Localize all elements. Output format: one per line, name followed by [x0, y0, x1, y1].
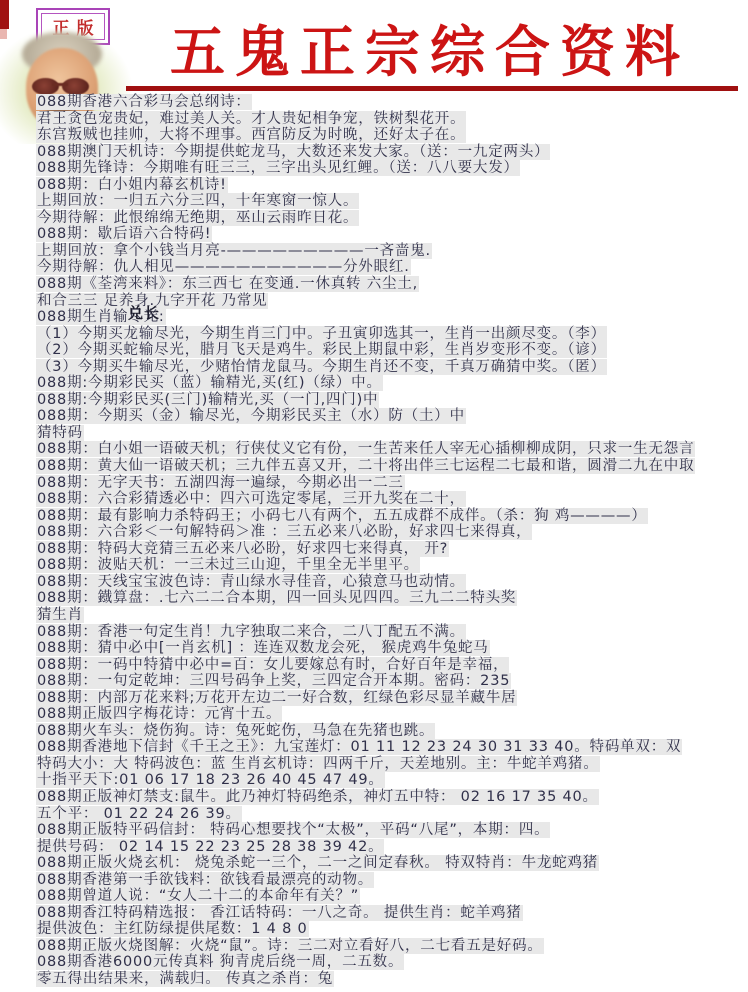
- text-line: 提供波色：主红防绿提供尾数：1 4 8 0: [0, 921, 748, 938]
- text-line: 088期香港六合彩马会总纲诗：: [0, 94, 748, 111]
- content-lines: 088期香港六合彩马会总纲诗：君王贪色宠贵妃，难过美人关。才人贵妃相争宠，铁树梨…: [0, 94, 748, 988]
- text-line: 088期正版火烧图解：火烧“鼠”。诗：三二对立看好八，二七看五是好码。: [0, 938, 748, 955]
- text-line: 088期：一句定乾坤：三四号码争上奖，三四定合开本期。密码：235: [0, 673, 748, 690]
- text-line: 088期正版火烧玄机： 烧兔杀蛇一三个，二一之间定春秋。 特双特肖：牛龙蛇鸡猪: [0, 855, 748, 872]
- text-line: 088期正版神灯禁支:鼠牛。此乃神灯特码绝杀，神灯五中特： 02 16 17 3…: [0, 789, 748, 806]
- text-line: 零五得出结果来，满载归。 传真之杀肖：兔: [0, 971, 748, 988]
- text-line: 088期澳门天机诗：今期提供蛇龙马，大数还来发大家。（送：一九定两头）: [0, 144, 748, 161]
- text-line: 088期：一码中特猜中必中=百：女儿要嫁总有时，合好百年是幸福，: [0, 657, 748, 674]
- text-line: 088期:今期彩民买（蓝）输精光,买(红)（绿）中。: [0, 375, 748, 392]
- title-underline: [126, 86, 738, 91]
- sunglasses-right-lens: [62, 78, 89, 95]
- text-line: 088期正版四字梅花诗：元宵十五。: [0, 706, 748, 723]
- text-line: 君王贪色宠贵妃，难过美人关。才人贵妃相争宠，铁树梨花开。: [0, 111, 748, 128]
- sunglasses-left-lens: [32, 78, 59, 95]
- text-line: 088期香港6000元传真料 狗青虎后绕一周，二五数。: [0, 954, 748, 971]
- text-line: 088期火车头：烧伤狗。诗：兔死蛇伤，马急在先猪也跳。: [0, 723, 748, 740]
- text-line: 088期：波贴天机：一三未过三山迎，千里全无半里平。: [0, 557, 748, 574]
- text-line: 088期：白小姐内幕玄机诗!: [0, 177, 748, 194]
- corner-mark: [0, 0, 9, 29]
- sunglasses-bridge: [52, 83, 68, 86]
- text-line: 上期回放：拿个小钱当月亮-—————————一吝啬鬼.: [0, 243, 748, 260]
- text-line: 十指平天下:01 06 17 18 23 26 40 45 47 49。: [0, 772, 748, 789]
- text-line: 今期待解：仇人相见———————————分外眼红.: [0, 259, 748, 276]
- text-line: 088期香港第一手欲钱料：欲钱看最漂亮的动物。: [0, 872, 748, 889]
- text-line: 特码大小：大 特码波色：蓝 生肖玄机诗：四两千斤，天差地别。主：牛蛇羊鸡猪。: [0, 756, 748, 773]
- text-line: 和合三三 足养身.九字开花 乃常见: [0, 293, 748, 310]
- text-line: 088期：今期买（金）输尽光，今期彩民买主（水）防（土）中: [0, 408, 748, 425]
- text-line: 088期:今期彩民买(三门)输精光,买（一门,四门)中: [0, 392, 748, 409]
- text-line: 088期生肖输尽光:: [0, 309, 748, 326]
- text-line: 088期：六合彩猜透必中：四六可选定零尾，三开九奖在二十，: [0, 491, 748, 508]
- text-line: 东宫叛贼也挂帅，大将不理事。西宫防反为时晚，还好太子在。: [0, 127, 748, 144]
- text-line: 088期：白小姐一语破天机；行侠仗义它有份，一生苦来任人宰无心插柳柳成阴，只求一…: [0, 441, 748, 458]
- text-line: 今期待解：此恨绵绵无绝期，巫山云雨昨日花。: [0, 210, 748, 227]
- text-line: （2）今期买蛇输尽光，腊月飞天是鸡牛。彩民上期鼠中彩，生肖岁变形不变。（谚）: [0, 342, 748, 359]
- page-title: 五鬼正宗综合资料: [118, 20, 742, 84]
- text-line: （3）今期买牛输尽光，少赌怡情龙鼠马。今期生肖还不变，千真万确猜中奖。（匿）: [0, 359, 748, 376]
- text-line: 088期：黄大仙一语破天机；三九伴五喜又开，二十将出伴三七运程二七最和谐，圆滑二…: [0, 458, 748, 475]
- text-line: 088期：猜中必中[一肖玄机] ：连连双数龙会死， 猴虎鸡牛兔蛇马: [0, 640, 748, 657]
- text-line: 088期：六合彩＜一句解特码＞准 ：三五必来八必盼，好求四七来得真，: [0, 524, 748, 541]
- text-line: 提供号码： 02 14 15 22 23 25 28 38 39 42。: [0, 839, 748, 856]
- text-line: 088期：最有影响力杀特码王；小码七八有两个，五五成群不成伴。（杀：狗 鸡———…: [0, 508, 748, 525]
- ghost-text-artifact: 兑长: [128, 302, 160, 323]
- text-line: 088期曾道人说：“女人二十二的本命年有关？”: [0, 888, 748, 905]
- text-line: 088期香江特码精选报： 香江话特码：一八之奇。 提供生肖：蛇羊鸡猪: [0, 905, 748, 922]
- text-line: 088期：鐡算盘：.七六二二合本期，四一回头见四四。三九二二特头奖: [0, 590, 748, 607]
- text-line: 088期香港地下信封《千王之王》：九宝莲灯：01 11 12 23 24 30 …: [0, 739, 748, 756]
- text-line: 猜特码: [0, 425, 748, 442]
- text-line: 088期《荃湾来料》：东三西七 在变通.一休真转 六尘土,: [0, 276, 748, 293]
- text-line: 猜生肖: [0, 607, 748, 624]
- text-line: 088期：无字天书：五湖四海一遍绿，今期必出一二三: [0, 475, 748, 492]
- text-line: 088期：歇后语六合特码!: [0, 226, 748, 243]
- text-line: 088期先锋诗：今期唯有旺三三，三字出头见红鲤。（送：八八要大发）: [0, 160, 748, 177]
- text-line: 088期：天线宝宝波色诗：青山绿水寻佳音，心猿意马也动情。: [0, 574, 748, 591]
- text-line: 088期：香港一句定生肖！九字独取二来合，二八丁配五不满。: [0, 624, 748, 641]
- text-line: 088期正版特平码信封： 特码心想要找个“太极”，平码“八尾”，本期：四。: [0, 822, 748, 839]
- text-line: （1）今期买龙输尽光，今期生肖三门中。子丑寅卯选其一，生肖一出颜尽变。（李）: [0, 326, 748, 343]
- text-line: 088期：特码大竞猜三五必来八必盼，好求四七来得真， 开?: [0, 541, 748, 558]
- text-line: 五个平： 01 22 24 26 39。: [0, 806, 748, 823]
- text-line: 上期回放：一归五六分三四，十年寒窗一惊人。: [0, 193, 748, 210]
- text-line: 088期：内部万花来料;万花开左边二一好合数，红绿色彩尽显羊藏牛居: [0, 690, 748, 707]
